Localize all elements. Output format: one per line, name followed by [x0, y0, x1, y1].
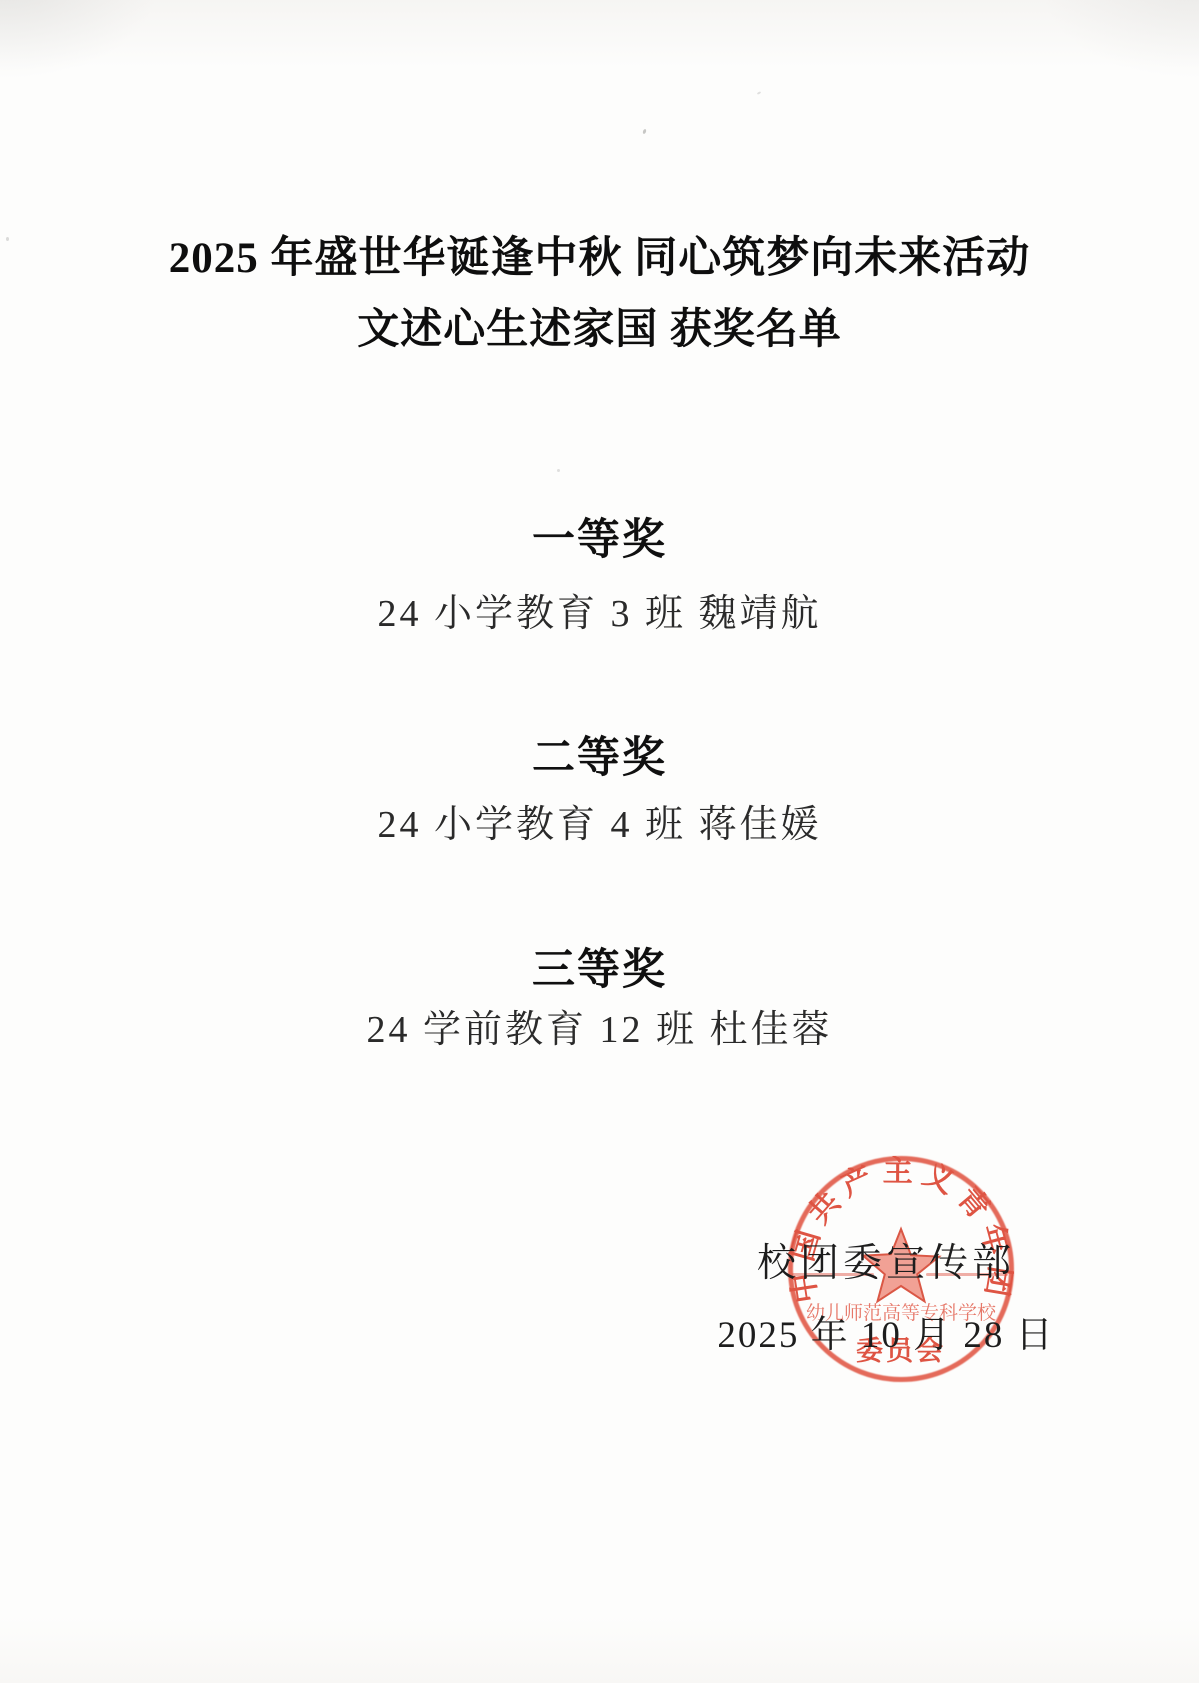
- signature-date: 2025 年 10 月 28 日: [690, 1304, 1082, 1358]
- document-title-line-1: 2025 年盛世华诞逢中秋 同心筑梦向未来活动: [0, 224, 1199, 285]
- scanned-award-document: 2025 年盛世华诞逢中秋 同心筑梦向未来活动 文述心生述家国 获奖名单 一等奖…: [0, 0, 1199, 1683]
- signature-department: 校团委宣传部: [690, 1232, 1082, 1288]
- award-winner-third: 24 学前教育 12 班 杜佳蓉: [0, 998, 1199, 1053]
- scan-shading-top-right: [1039, 0, 1199, 80]
- award-level-second: 二等奖: [0, 724, 1199, 785]
- scan-shading-top-left: [0, 0, 160, 80]
- award-level-first: 一等奖: [0, 506, 1199, 567]
- document-title-line-2: 文述心生述家国 获奖名单: [0, 296, 1199, 356]
- scan-speck: [757, 91, 761, 95]
- scan-speck: [557, 469, 560, 472]
- signature-block: 校团委宣传部 2025 年 10 月 28 日: [690, 1232, 1082, 1358]
- award-winner-first: 24 小学教育 3 班 魏靖航: [0, 582, 1199, 637]
- award-level-third: 三等奖: [0, 936, 1199, 997]
- scan-speck: [642, 129, 647, 135]
- award-winner-second: 24 小学教育 4 班 蒋佳媛: [0, 793, 1199, 848]
